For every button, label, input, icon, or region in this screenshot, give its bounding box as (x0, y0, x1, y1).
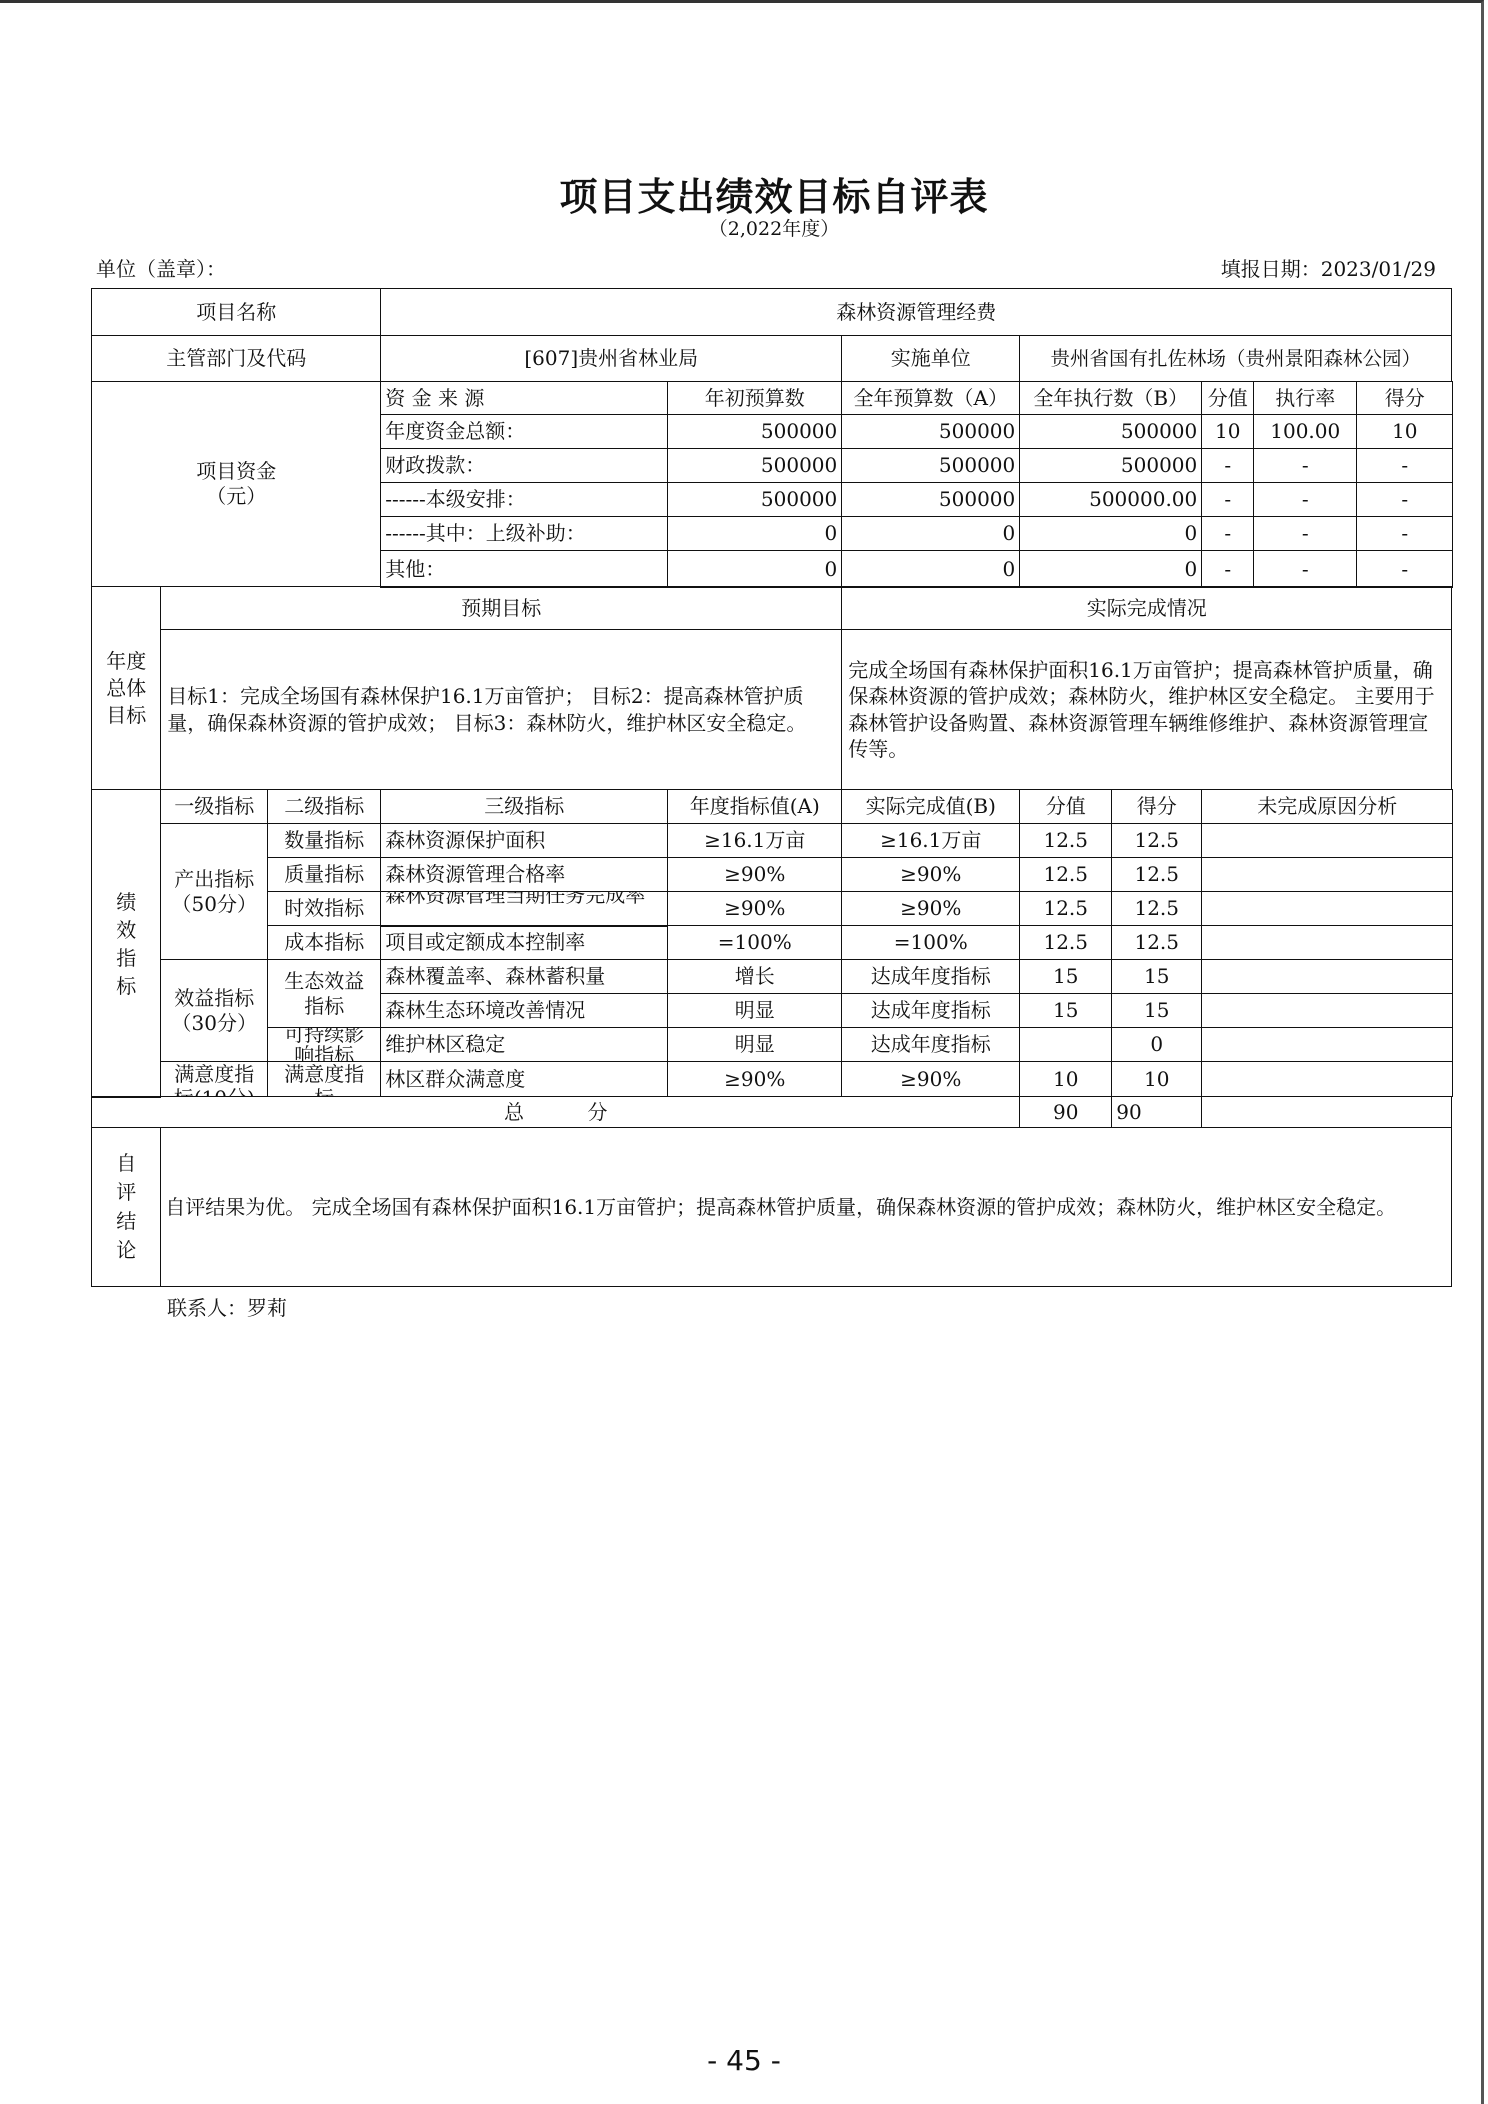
indicator-level3-cell: 项目或定额成本控制率 (380, 925, 668, 960)
funds-header-cell: 年初预算数 (667, 381, 842, 415)
indicator-target-a-cell: ≥90% (667, 891, 842, 926)
indicator-level3-cell: 维护林区稳定 (380, 1027, 668, 1062)
indicator-target-a-cell: 明显 (667, 993, 842, 1028)
funds-rate-cell: - (1253, 448, 1357, 483)
impl-unit-value: 贵州省国有扎佐林场（贵州景阳森林公园） (1019, 335, 1452, 382)
indicator-level3-cell: 林区群众满意度 (380, 1061, 668, 1097)
funds-score-cell: - (1356, 550, 1453, 588)
funds-weight-cell: - (1201, 516, 1254, 551)
dept-label: 主管部门及代码 (91, 335, 381, 382)
indicator-weight-cell: 12.5 (1019, 823, 1112, 858)
indicator-target-a-cell: 明显 (667, 1027, 842, 1062)
funds-header-cell: 全年预算数（A） (841, 381, 1020, 415)
indicator-score-cell: 10 (1111, 1061, 1202, 1097)
indicator-target-a-cell: 增长 (667, 959, 842, 994)
conclusion-section-label: 自评结论 (91, 1127, 161, 1287)
indicator-level3-cell: 森林资源保护面积 (380, 823, 668, 858)
indicator-reason-cell (1201, 1061, 1453, 1097)
level1-output-indicator: 产出指标（50分） (160, 823, 268, 960)
annual-goal-section-label: 年度总体目标 (91, 586, 161, 790)
funds-weight-cell: - (1201, 448, 1254, 483)
funds-rate-cell: 100.00 (1253, 414, 1357, 449)
funds-header-cell: 全年执行数（B） (1019, 381, 1202, 415)
project-name-label: 项目名称 (91, 288, 381, 336)
evaluation-table: 项目名称 森林资源管理经费 主管部门及代码 [607]贵州省林业局 实施单位 贵… (0, 0, 1488, 2104)
indicator-target-a-cell: =100% (667, 925, 842, 960)
indicator-weight-cell: 12.5 (1019, 857, 1112, 892)
indicator-header-cell: 分值 (1019, 789, 1112, 824)
funds-initial-cell: 0 (667, 516, 842, 551)
funds-weight-cell: - (1201, 482, 1254, 517)
funds-executed-b-cell: 500000.00 (1019, 482, 1202, 517)
indicator-weight-cell: 10 (1019, 1061, 1112, 1097)
funds-annual-a-cell: 0 (841, 550, 1020, 588)
indicator-score-cell: 15 (1111, 993, 1202, 1028)
indicator-actual-b-cell: ≥16.1万亩 (841, 823, 1020, 858)
indicator-weight-cell: 15 (1019, 959, 1112, 994)
actual-completion-text: 完成全场国有森林保护面积16.1万亩管护；提高森林管护质量，确保森林资源的管护成… (841, 629, 1452, 790)
conclusion-text: 自评结果为优。 完成全场国有森林保护面积16.1万亩管护；提高森林管护质量，确保… (160, 1127, 1452, 1287)
indicator-actual-b-cell: ≥90% (841, 857, 1020, 892)
funds-executed-b-cell: 0 (1019, 550, 1202, 588)
funds-initial-cell: 500000 (667, 448, 842, 483)
indicator-actual-b-cell: =100% (841, 925, 1020, 960)
level2-indicator: 生态效益指标 (267, 959, 381, 1028)
impl-unit-label: 实施单位 (841, 335, 1020, 382)
indicator-score-cell: 12.5 (1111, 857, 1202, 892)
indicator-weight-cell: 15 (1019, 993, 1112, 1028)
funds-header-cell: 分值 (1201, 381, 1254, 415)
indicator-actual-b-cell: 达成年度指标 (841, 959, 1020, 994)
level1-satisfaction-indicator: 满意度指标(10分) (160, 1061, 268, 1097)
funds-annual-a-cell: 500000 (841, 482, 1020, 517)
funds-label-line1: 项目资金 (196, 459, 276, 484)
indicator-actual-b-cell: ≥90% (841, 1061, 1020, 1097)
expected-goal-text: 目标1：完成全场国有森林保护16.1万亩管护； 目标2：提高森林管护质量，确保森… (160, 629, 842, 790)
indicator-actual-b-cell: ≥90% (841, 891, 1020, 926)
funds-annual-a-cell: 500000 (841, 448, 1020, 483)
actual-completion-header: 实际完成情况 (841, 586, 1452, 630)
indicator-weight-cell: 12.5 (1019, 925, 1112, 960)
indicator-header-cell: 年度指标值(A) (667, 789, 842, 824)
indicator-header-cell: 一级指标 (160, 789, 268, 824)
funds-annual-a-cell: 500000 (841, 414, 1020, 449)
project-name-value: 森林资源管理经费 (380, 288, 1452, 336)
funds-initial-cell: 0 (667, 550, 842, 588)
indicator-weight-cell: 12.5 (1019, 891, 1112, 926)
funds-score-cell: 10 (1356, 414, 1453, 449)
indicator-target-a-cell: ≥90% (667, 857, 842, 892)
indicator-actual-b-cell: 达成年度指标 (841, 1027, 1020, 1062)
funds-source-cell: ------其中：上级补助： (380, 516, 668, 551)
level1-benefit-indicator: 效益指标（30分） (160, 959, 268, 1062)
funds-score-cell: - (1356, 482, 1453, 517)
indicator-reason-cell (1201, 959, 1453, 994)
funds-executed-b-cell: 500000 (1019, 414, 1202, 449)
funds-source-cell: 年度资金总额： (380, 414, 668, 449)
funds-weight-cell: - (1201, 550, 1254, 588)
total-score: 90 (1111, 1096, 1202, 1128)
indicator-weight-cell (1019, 1027, 1112, 1062)
total-weight: 90 (1019, 1096, 1112, 1128)
indicator-score-cell: 12.5 (1111, 925, 1202, 960)
indicator-reason-cell (1201, 1027, 1453, 1062)
indicator-header-cell: 三级指标 (380, 789, 668, 824)
indicator-score-cell: 12.5 (1111, 891, 1202, 926)
funds-score-cell: - (1356, 448, 1453, 483)
indicator-header-cell: 未完成原因分析 (1201, 789, 1453, 824)
funds-rate-cell: - (1253, 550, 1357, 588)
indicator-reason-cell (1201, 857, 1453, 892)
funds-executed-b-cell: 500000 (1019, 448, 1202, 483)
level2-indicator: 质量指标 (267, 857, 381, 892)
indicator-header-cell: 得分 (1111, 789, 1202, 824)
indicator-actual-b-cell: 达成年度指标 (841, 993, 1020, 1028)
funds-source-cell: ------本级安排： (380, 482, 668, 517)
indicator-target-a-cell: ≥16.1万亩 (667, 823, 842, 858)
funds-score-cell: - (1356, 516, 1453, 551)
indicator-reason-cell (1201, 891, 1453, 926)
dept-value: [607]贵州省林业局 (380, 335, 842, 382)
funds-executed-b-cell: 0 (1019, 516, 1202, 551)
funds-source-cell: 其他： (380, 550, 668, 588)
level2-indicator: 满意度指标 (267, 1061, 381, 1097)
funds-rate-cell: - (1253, 482, 1357, 517)
funds-header-cell: 资 金 来 源 (380, 381, 668, 415)
funds-initial-cell: 500000 (667, 414, 842, 449)
contact-person: 联系人：罗莉 (167, 1292, 287, 1321)
total-reason (1201, 1096, 1452, 1128)
funds-section-label: 项目资金 （元） (91, 381, 381, 587)
indicator-level3-cell: 森林资源管理合格率 (380, 857, 668, 892)
funds-annual-a-cell: 0 (841, 516, 1020, 551)
level2-indicator: 数量指标 (267, 823, 381, 858)
funds-header-cell: 执行率 (1253, 381, 1357, 415)
indicator-score-cell: 0 (1111, 1027, 1202, 1062)
indicator-target-a-cell: ≥90% (667, 1061, 842, 1097)
indicator-level3-cell: 森林生态环境改善情况 (380, 993, 668, 1028)
expected-goal-header: 预期目标 (160, 586, 842, 630)
indicators-section-label: 绩效指标 (91, 789, 161, 1098)
funds-rate-cell: - (1253, 516, 1357, 551)
indicator-score-cell: 12.5 (1111, 823, 1202, 858)
indicator-reason-cell (1201, 993, 1453, 1028)
funds-header-cell: 得分 (1356, 381, 1453, 415)
funds-label-line2: （元） (206, 484, 266, 509)
total-label: 总 分 (91, 1096, 1020, 1128)
indicator-score-cell: 15 (1111, 959, 1202, 994)
indicator-reason-cell (1201, 925, 1453, 960)
level2-indicator: 可持续影响指标 (267, 1027, 381, 1062)
funds-initial-cell: 500000 (667, 482, 842, 517)
indicator-header-cell: 实际完成值(B) (841, 789, 1020, 824)
indicator-header-cell: 二级指标 (267, 789, 381, 824)
funds-weight-cell: 10 (1201, 414, 1254, 449)
indicator-reason-cell (1201, 823, 1453, 858)
level2-indicator: 时效指标 (267, 891, 381, 926)
page-number: - 45 - (0, 2044, 1488, 2077)
funds-source-cell: 财政拨款： (380, 448, 668, 483)
level2-indicator: 成本指标 (267, 925, 381, 960)
indicator-level3-cell: 森林覆盖率、森林蓄积量 (380, 959, 668, 994)
